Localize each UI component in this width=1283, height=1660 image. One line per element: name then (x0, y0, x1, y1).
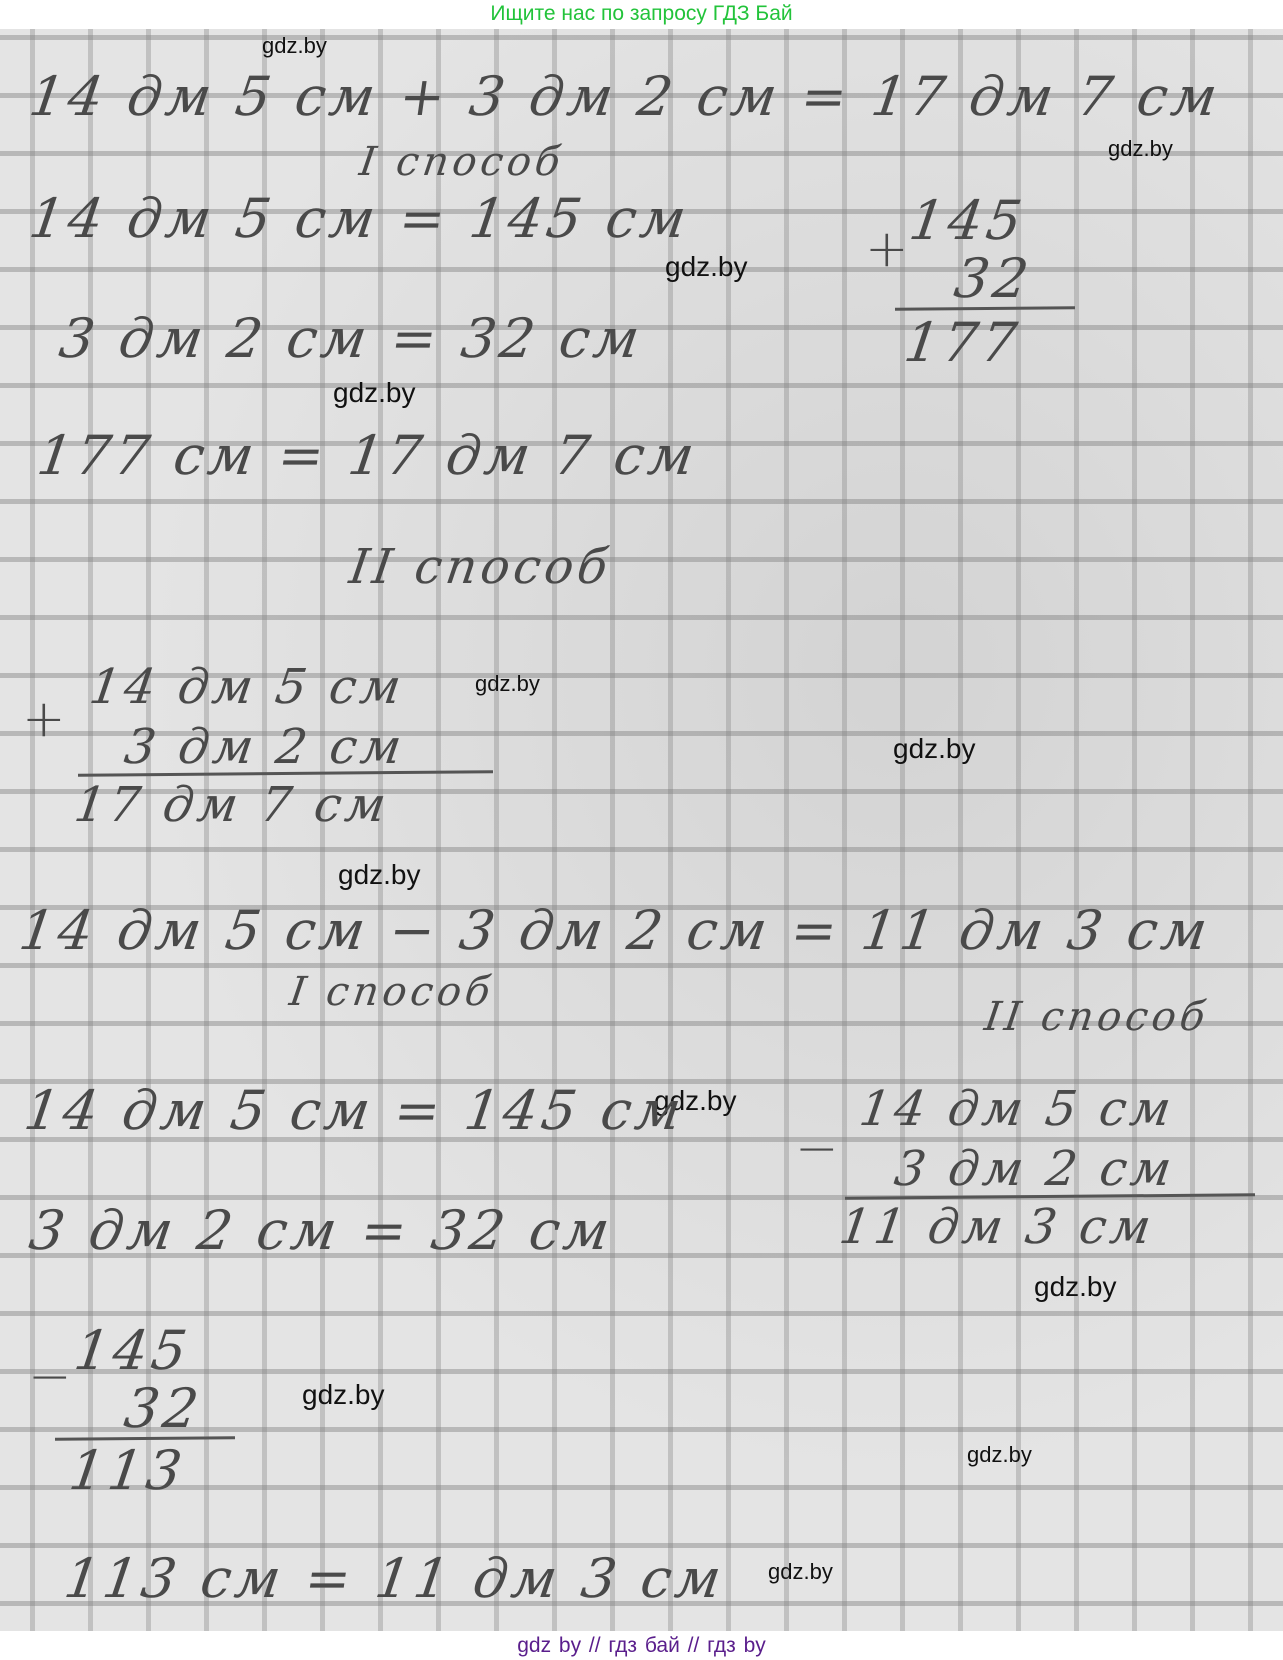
watermark: gdz.by (1108, 136, 1173, 162)
conversion-step-3: 177 см = 17 дм 7 см (34, 424, 702, 487)
column-top-number: 145 (71, 1319, 195, 1382)
column-result-value: 11 дм 3 см (836, 1199, 1158, 1255)
watermark: gdz.by (302, 1379, 385, 1411)
watermark: gdz.by (893, 733, 976, 765)
minus-sign: − (795, 1119, 839, 1179)
footer-links: gdz by // гдз бай // гдз by (0, 1631, 1283, 1660)
conversion-step-1: 14 дм 5 см = 145 см (26, 187, 694, 250)
minus-sign: − (28, 1347, 72, 1407)
column-result-number: 113 (66, 1439, 190, 1502)
subtraction-equation: 14 дм 5 см − 3 дм 2 см = 11 дм 3 см (16, 899, 1215, 962)
watermark: gdz.by (768, 1559, 833, 1585)
column-bottom-number: 32 (121, 1377, 207, 1440)
plus-sign: + (865, 219, 909, 279)
watermark: gdz.by (967, 1442, 1032, 1468)
column-bottom-number: 32 (951, 247, 1037, 310)
method-1-label: I способ (357, 139, 567, 185)
method-2-label: II способ (982, 994, 1212, 1040)
column-bottom-value: 3 дм 2 см (891, 1141, 1179, 1197)
column-top-value: 14 дм 5 см (856, 1081, 1178, 1137)
search-hint-banner: Ищите нас по запросу ГДЗ Бай (0, 0, 1283, 29)
method-1-label: I способ (287, 969, 497, 1015)
conversion-step-2: 3 дм 2 см = 32 см (56, 307, 648, 370)
column-top-value: 14 дм 5 см (86, 659, 408, 715)
watermark: gdz.by (475, 671, 540, 697)
plus-sign: + (22, 689, 66, 749)
column-top-number: 145 (906, 189, 1030, 252)
conversion-step-2: 3 дм 2 см = 32 см (26, 1199, 618, 1262)
conversion-step-3: 113 см = 11 дм 3 см (61, 1547, 729, 1610)
watermark: gdz.by (338, 859, 421, 891)
column-result-value: 17 дм 7 см (71, 777, 393, 833)
watermark: gdz.by (333, 377, 416, 409)
column-bottom-value: 3 дм 2 см (121, 719, 409, 775)
method-2-label: II способ (346, 539, 615, 595)
watermark: gdz.by (262, 33, 327, 59)
watermark: gdz.by (665, 251, 748, 283)
notebook-page-photo: gdz.by gdz.by gdz.by gdz.by gdz.by gdz.b… (0, 29, 1283, 1631)
conversion-step-1: 14 дм 5 см = 145 см (21, 1079, 689, 1142)
addition-equation: 14 дм 5 см + 3 дм 2 см = 17 дм 7 см (26, 65, 1225, 128)
column-result-number: 177 (901, 311, 1025, 374)
watermark: gdz.by (1034, 1271, 1117, 1303)
